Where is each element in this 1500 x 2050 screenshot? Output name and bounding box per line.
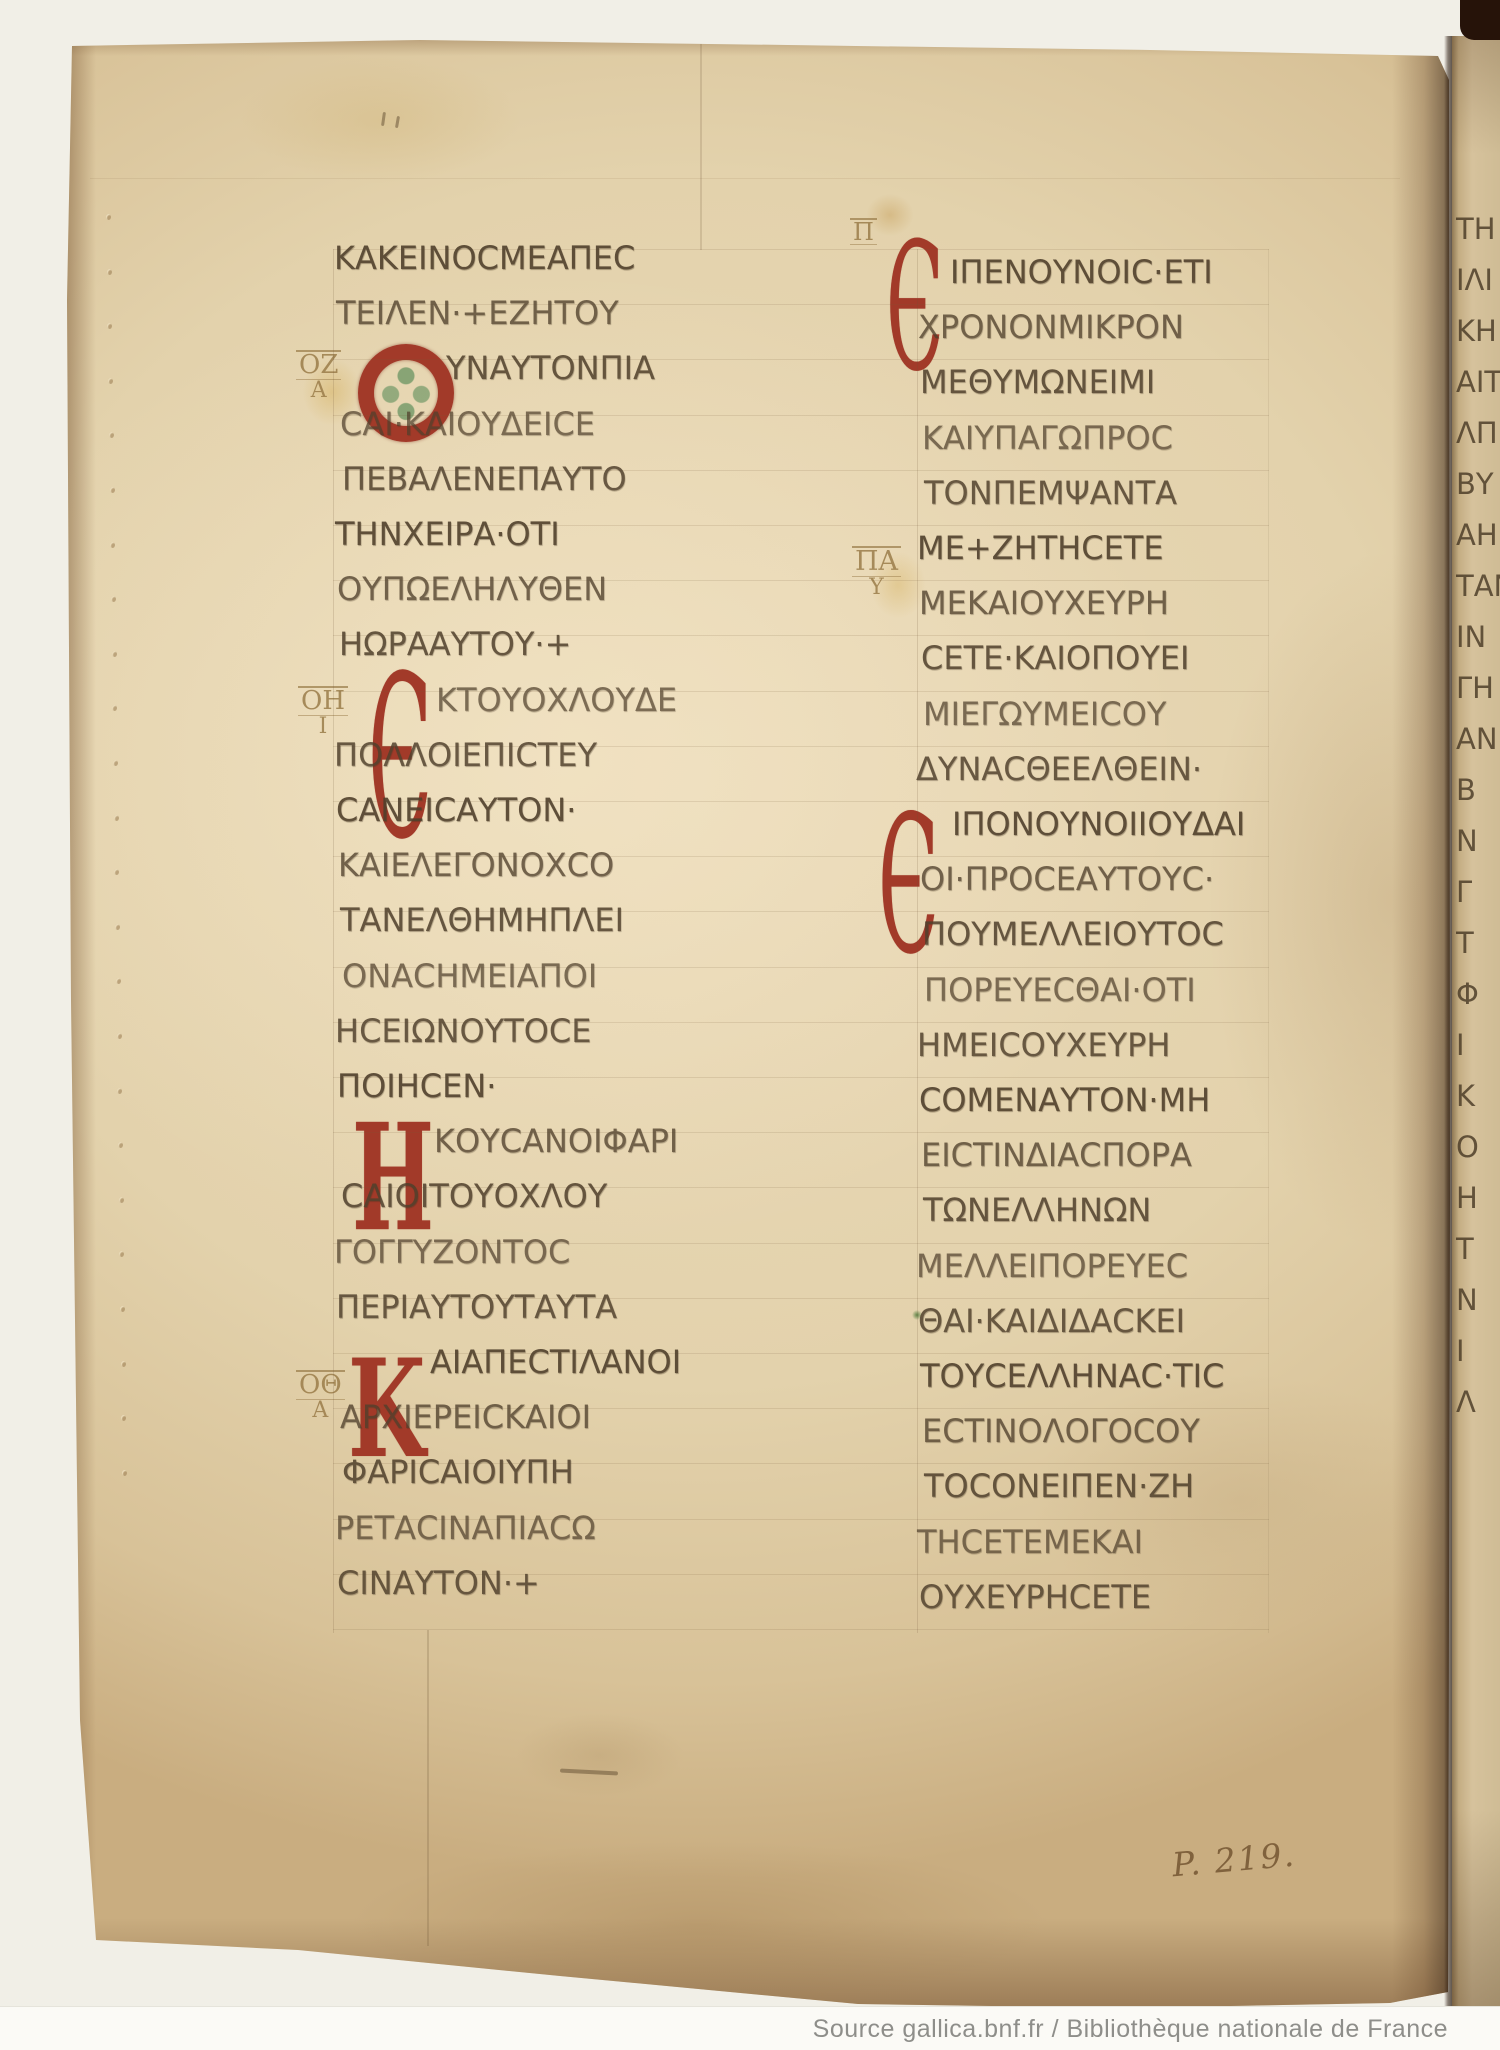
text-line-right-column: ΜΕΛΛΕΙΠΟΡΕΥΕC	[916, 1247, 1188, 1285]
parchment-stains	[0, 0, 1500, 2050]
text-line-right-column: ΙΠΟΝΟΥΝΟΙΙΟΥΔΑΙ	[952, 805, 1245, 843]
text-line-left-column: ΓΟΓΓΥΖΟΝΤΟC	[334, 1233, 570, 1271]
text-line-right-column: ΤΟCΟΝΕΙΠΕΝ·ΖΗ	[924, 1467, 1194, 1505]
text-line-left-column: ΦΑΡΙCΑΙΟΙΥΠΗ	[342, 1453, 574, 1491]
adjacent-page-text-fragment: ΛΠ	[1456, 416, 1500, 450]
text-line-left-column: ΚΤΟΥΟΧΛΟΥΔΕ	[436, 681, 677, 719]
ruling-line-horizontal	[333, 1629, 1269, 1630]
pricking-hole	[119, 1197, 124, 1203]
text-line-right-column: ΜΕΘΥΜΩΝΕΙΜΙ	[920, 363, 1155, 401]
text-line-left-column: ΚΟΥCΑΝΟΙΦΑΡΙ	[434, 1122, 678, 1160]
gallica-footer-band: Source gallica.bnf.fr / Bibliothèque nat…	[0, 2006, 1500, 2050]
text-line-left-column: CΑΙ·ΚΑΙΟΥΔΕΙCΕ	[340, 405, 595, 443]
adjacent-page-text-fragment: Β	[1456, 773, 1500, 807]
text-line-right-column: ΤΩΝΕΛΛΗΝΩΝ	[923, 1191, 1151, 1229]
adjacent-page-text-fragment: ΙΛΙ	[1456, 263, 1500, 297]
pricking-hole	[117, 1088, 122, 1094]
adjacent-page-text-fragment: Ν	[1456, 824, 1500, 858]
text-line-right-column: ΠΟΥΜΕΛΛΕΙΟΥΤΟC	[922, 915, 1224, 953]
adjacent-page-text-fragment: Φ	[1456, 977, 1500, 1011]
text-line-left-column: ΚΑΚΕΙΝΟCΜΕΑΠΕC	[334, 239, 635, 277]
text-line-right-column: ΠΟΡΕΥΕCΘΑΙ·ΟΤΙ	[924, 971, 1196, 1009]
pricking-hole	[110, 542, 115, 548]
text-line-left-column: ΗΩΡΑΑΥΤΟΥ·+	[339, 625, 571, 663]
adjacent-page-text-fragment: Ο	[1456, 1130, 1500, 1164]
adjacent-page-text-fragment: Κ	[1456, 1079, 1500, 1113]
pricking-hole	[120, 1306, 125, 1312]
text-line-right-column: ΕΙCΤΙΝΔΙΑCΠΟΡΑ	[921, 1136, 1192, 1174]
text-line-left-column: CΑΝΕΙCΑΥΤΟΝ·	[336, 791, 576, 829]
text-line-right-column: ΤΗCΕΤΕΜΕΚΑΙ	[917, 1523, 1143, 1561]
adjacent-page-text-fragment: ΑΝ	[1456, 722, 1500, 756]
text-line-right-column: ΟΥΧΕΥΡΗCΕΤΕ	[919, 1578, 1151, 1616]
ruling-line-vertical	[917, 249, 918, 1633]
ruling-line-vertical	[333, 249, 334, 1633]
text-line-left-column: ΤΑΝΕΛΘΗΜΗΠΛΕΙ	[340, 901, 624, 939]
adjacent-page-text-fragment: Ι	[1456, 1334, 1500, 1368]
marginal-section-number: ΟΘ Α	[296, 1370, 345, 1422]
text-line-right-column: ΕCΤΙΝΟΛΟΓΟCΟΥ	[922, 1412, 1200, 1450]
text-line-left-column: ΟΝΑCΗΜΕΙΑΠΟΙ	[342, 957, 597, 995]
pricking-hole	[110, 487, 115, 493]
text-line-right-column: ΚΑΙΥΠΑΓΩΠΡΟC	[922, 419, 1173, 457]
text-line-right-column: ΘΑΙ·ΚΑΙΔΙΔΑCΚΕΙ	[918, 1302, 1185, 1340]
adjacent-page-text-fragment: Ν	[1456, 1283, 1500, 1317]
canon-number: Α	[312, 1400, 328, 1422]
marginal-section-number: ΠΑ Υ	[852, 546, 901, 599]
source-attribution: Source gallica.bnf.fr / Bibliothèque nat…	[813, 2007, 1448, 2050]
text-line-right-column: ΜΙΕΓΩΥΜΕΙCΟΥ	[923, 695, 1166, 733]
ruling-line-vertical	[700, 44, 702, 250]
marginal-section-number: ΟΗ Ι	[298, 686, 348, 738]
text-line-right-column: ΟΙ·ΠΡΟCΕΑΥΤΟΥC·	[920, 860, 1214, 898]
adjacent-page-text-fragment: ΤΗ	[1456, 212, 1500, 246]
manuscript-scan: { "document": { "kind": "greek-gospel-ma…	[0, 0, 1500, 2050]
canon-number: Ι	[319, 716, 328, 738]
text-line-right-column: ΤΟΥCΕΛΛΗΝΑC·ΤΙC	[920, 1357, 1224, 1395]
text-line-left-column: ΟΥΠΩΕΛΗΛΥΘΕΝ	[337, 570, 607, 608]
adjacent-page-text-fragment: ΤΑΝ	[1456, 569, 1500, 603]
adjacent-page-text-fragment: ΓΗ	[1456, 671, 1500, 705]
adjacent-page-text-fragment: ΒΥ	[1456, 467, 1500, 501]
pricking-hole	[107, 269, 112, 275]
ruling-line-vertical	[427, 1630, 429, 1946]
text-line-right-column: ΔΥΝΑCΘΕΕΛΘΕΙΝ·	[916, 750, 1202, 788]
text-line-left-column: ΥΝΑΥΤΟΝΠΙΑ	[446, 349, 655, 387]
ruling-line-horizontal	[90, 178, 1400, 179]
pricking-hole	[113, 760, 118, 766]
pricking-hole	[117, 1033, 122, 1039]
marginal-section-number: ΟΖ Α	[296, 350, 341, 402]
adjacent-page-text-fragment: Τ	[1456, 926, 1500, 960]
text-line-left-column: ΑΙΑΠΕCΤΙΛΑΝΟΙ	[430, 1343, 681, 1381]
text-line-left-column: ΑΡΧΙΕΡΕΙCΚΑΙΟΙ	[340, 1398, 591, 1436]
adjacent-page-text-fragment: Τ	[1456, 1232, 1500, 1266]
ruling-line-vertical	[1268, 249, 1269, 1633]
adjacent-page-text-fragment: ΚΗ	[1456, 314, 1500, 348]
adjacent-page-text-fragment: Ι	[1456, 1028, 1500, 1062]
text-line-left-column: CΑΙΟΙΤΟΥΟΧΛΟΥ	[341, 1177, 607, 1215]
pricking-hole	[115, 924, 120, 930]
adjacent-page-text-fragment: Λ	[1456, 1385, 1500, 1419]
adjacent-page-text-fragment: ΙΝ	[1456, 620, 1500, 654]
text-line-right-column: ΜΕ+ΖΗΤΗCΕΤΕ	[917, 529, 1164, 567]
text-line-left-column: ΠΕΡΙΑΥΤΟΥΤΑΥΤΑ	[336, 1288, 617, 1326]
adjacent-page-text-fragment: Η	[1456, 1181, 1500, 1215]
text-line-right-column: CΕΤΕ·ΚΑΙΟΠΟΥΕΙ	[921, 639, 1189, 677]
adjacent-page-text-fragment: ΑΙΤ	[1456, 365, 1500, 399]
text-line-left-column: ΚΑΙΕΛΕΓΟΝΟΧCΟ	[338, 846, 614, 884]
text-line-left-column: ΠΕΒΑΛΕΝΕΠΑΥΤΟ	[342, 460, 627, 498]
text-line-left-column: ΗCΕΙΩΝΟΥΤΟCΕ	[335, 1012, 591, 1050]
binding-corner	[1460, 0, 1500, 40]
text-line-left-column: ΤΕΙΛΕΝ·+ΕΖΗΤΟΥ	[336, 294, 619, 332]
adjacent-page-text-fragment: Γ	[1456, 875, 1500, 909]
pricking-hole	[106, 214, 111, 220]
marginal-section-number: Π	[850, 218, 877, 245]
text-line-right-column: ΙΠΕΝΟΥΝΟΙC·ΕΤΙ	[950, 253, 1213, 291]
section-number: Π	[850, 218, 877, 245]
adjacent-page-edge: ΤΗΙΛΙΚΗΑΙΤΛΠΒΥΑΗΤΑΝΙΝΓΗΑΝΒΝΓΤΦΙΚΟΗΤΝΙΛ	[1452, 36, 1500, 2006]
text-line-right-column: ΜΕΚΑΙΟΥΧΕΥΡΗ	[919, 584, 1169, 622]
pricking-hole	[114, 815, 119, 821]
text-line-right-column: ΧΡΟΝΟΝΜΙΚΡΟΝ	[918, 308, 1184, 346]
text-line-left-column: ΠΟΛΛΟΙΕΠΙCΤΕΥ	[334, 736, 597, 774]
pricking-hole	[108, 378, 113, 384]
adjacent-page-text-fragment: ΑΗ	[1456, 518, 1500, 552]
text-line-left-column: ΠΟΙΗCΕΝ·	[337, 1067, 496, 1105]
text-line-right-column: ΗΜΕΙCΟΥΧΕΥΡΗ	[917, 1026, 1170, 1064]
section-number: ΟΖ	[296, 350, 341, 380]
canon-number: Α	[311, 380, 327, 402]
text-line-left-column: ΤΗΝΧΕΙΡΑ·ΟΤΙ	[335, 515, 560, 553]
text-line-right-column: ΤΟΝΠΕΜΨΑΝΤΑ	[924, 474, 1177, 512]
section-number: ΠΑ	[852, 546, 901, 577]
pricking-hole	[122, 1470, 127, 1476]
pricking-hole	[112, 651, 117, 657]
section-number: ΟΘ	[296, 1370, 345, 1400]
parchment-page: Є Η Κ Є Є ΟΖ Α ΟΗ Ι ΟΘ Α Π ΠΑ Υ P. 219. …	[0, 0, 1500, 2050]
text-line-left-column: CΙΝΑΥΤΟΝ·+	[337, 1564, 540, 1602]
text-line-right-column: CΟΜΕΝΑΥΤΟΝ·ΜΗ	[919, 1081, 1210, 1119]
pricking-hole	[121, 1361, 126, 1367]
text-line-left-column: ΡΕΤΑCΙΝΑΠΙΑCΩ	[335, 1509, 596, 1547]
